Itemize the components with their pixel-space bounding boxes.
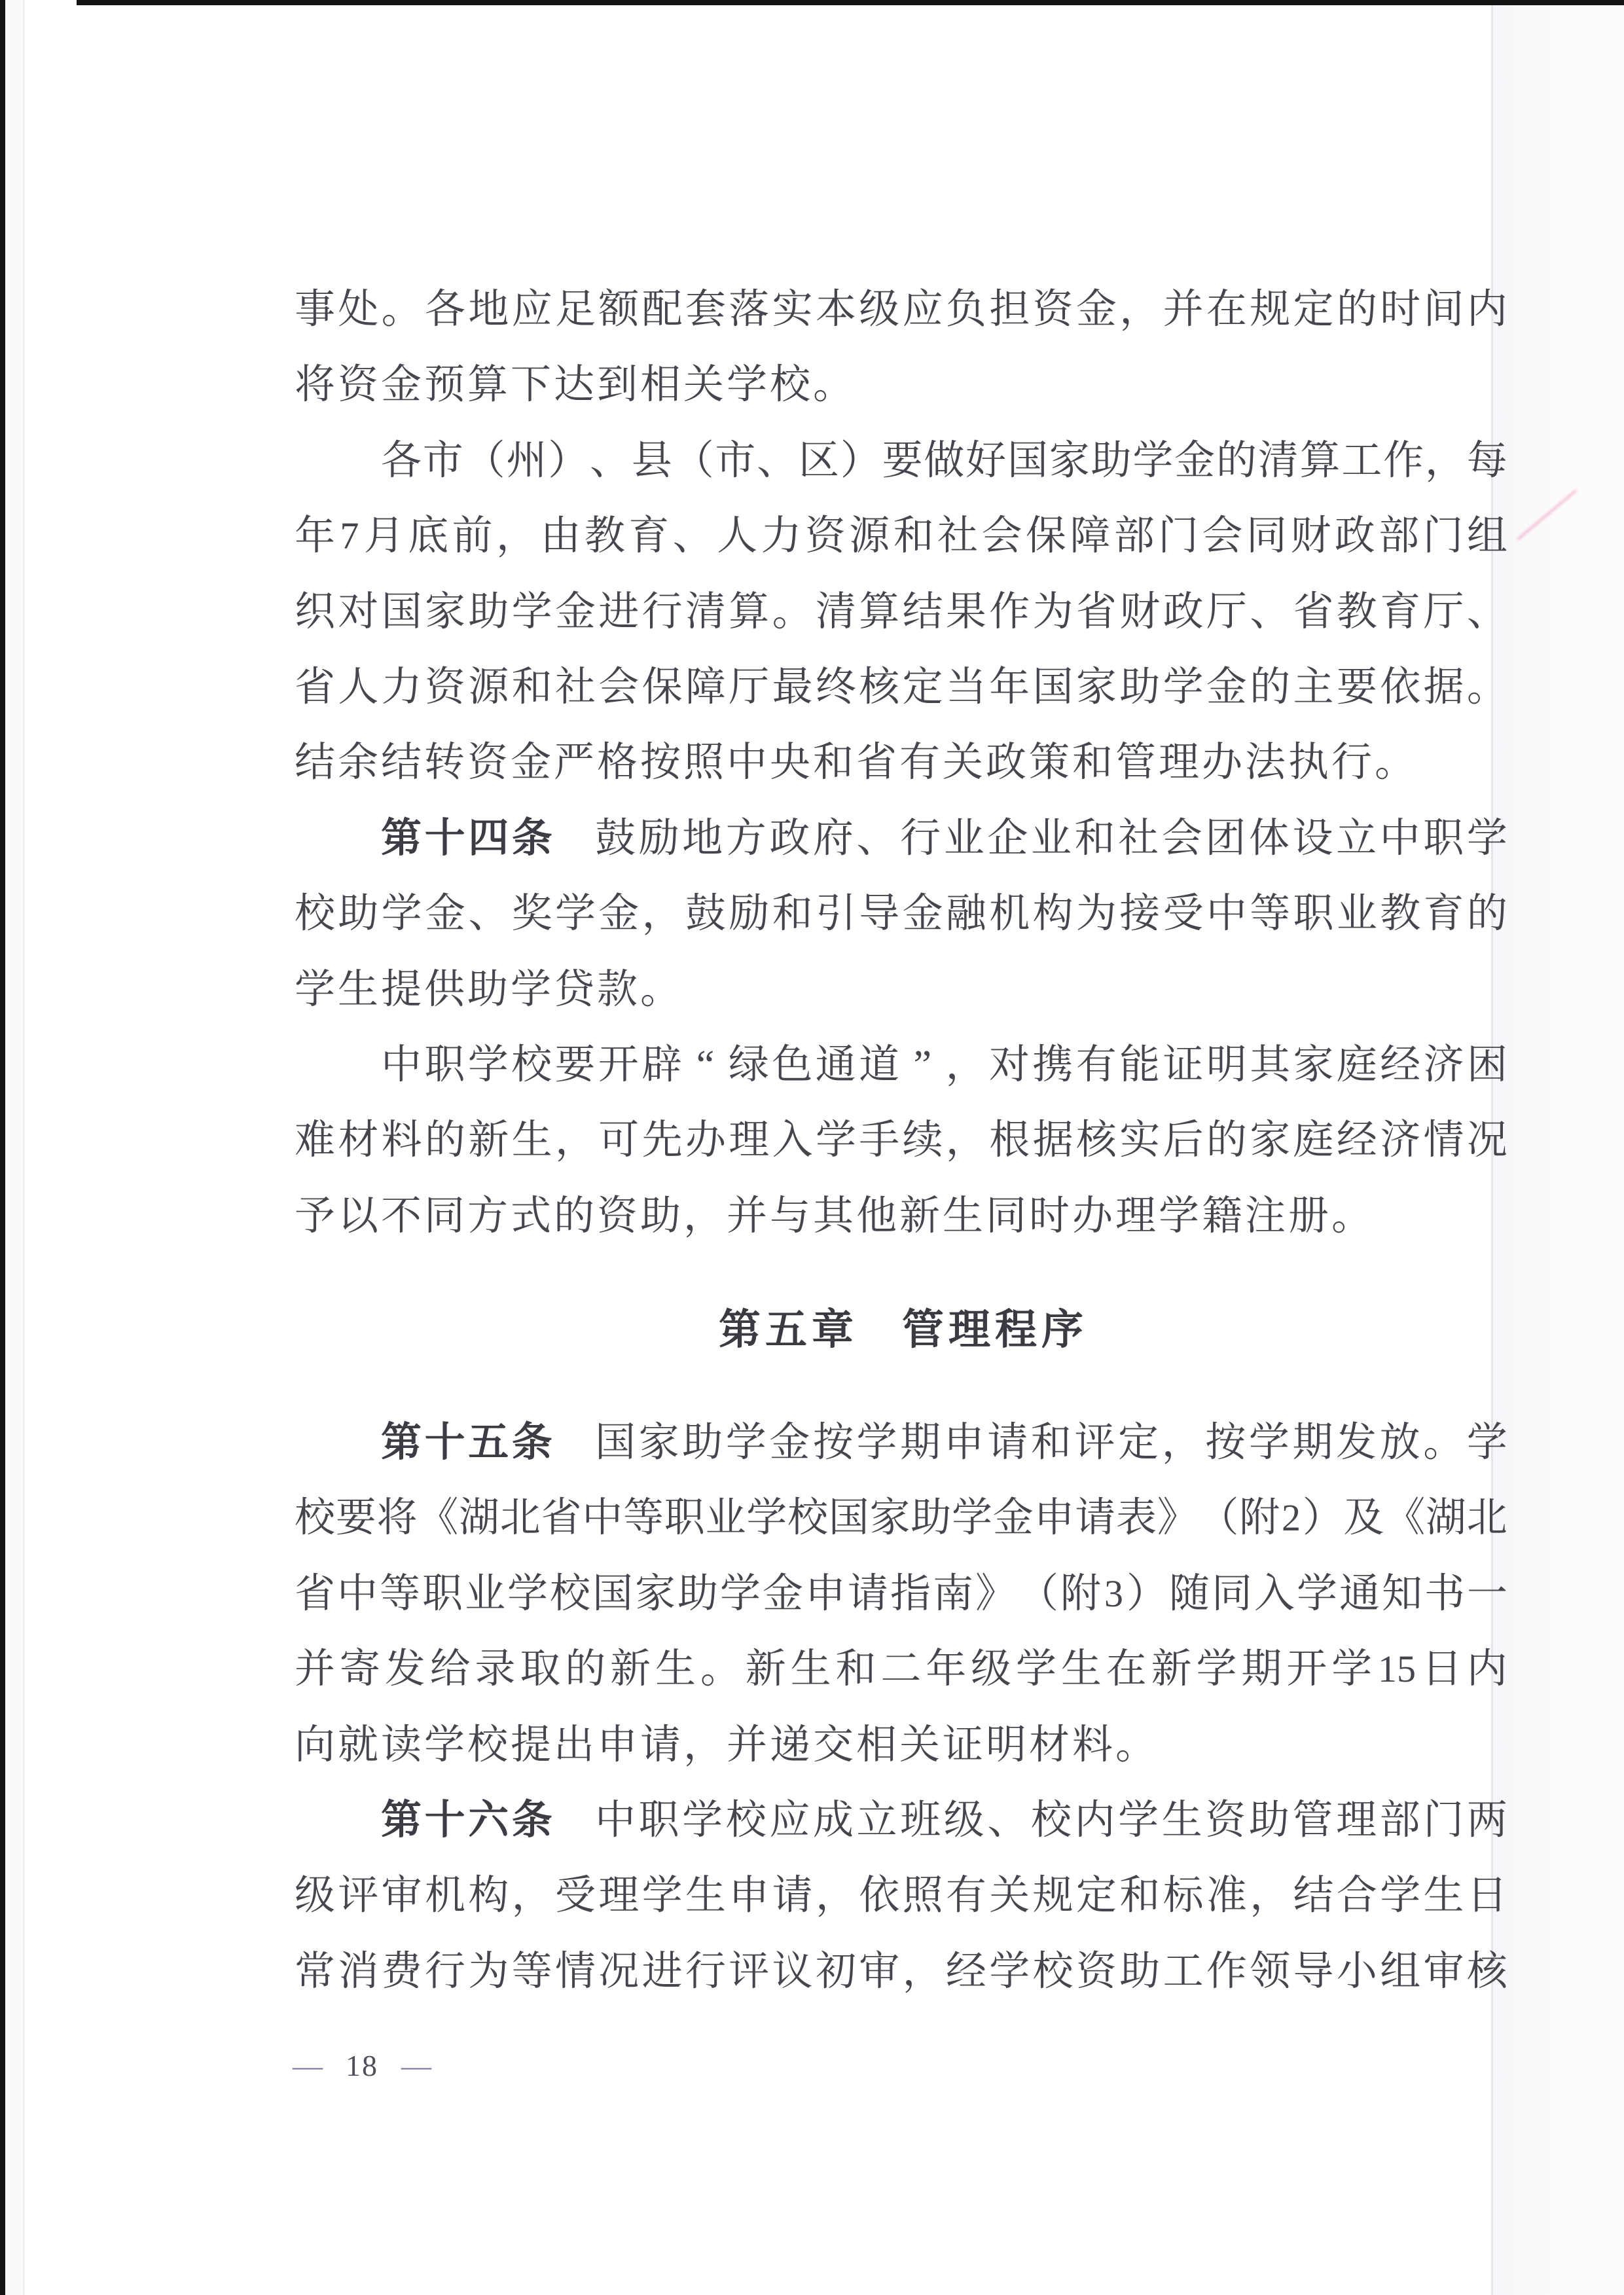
page-number-dash-right: — bbox=[401, 2048, 431, 2084]
text-line: 织对国家助学金进行清算。清算结果作为省财政厅、省教育厅、 bbox=[295, 590, 1507, 634]
text-line: 将资金预算下达到相关学校。 bbox=[295, 363, 1507, 407]
text-line: 中职学校要开辟“绿色通道”，对携有能证明其家庭经济困 bbox=[381, 1043, 1507, 1087]
page-number-dash-left: — bbox=[293, 2048, 323, 2084]
text-line: 年7月底前，由教育、人力资源和社会保障部门会同财政部门组 bbox=[295, 515, 1507, 558]
text-line: 并寄发给录取的新生。新生和二年级学生在新学期开学15日内 bbox=[295, 1648, 1507, 1691]
text-line: 予以不同方式的资助，并与其他新生同时办理学籍注册。 bbox=[295, 1195, 1507, 1238]
page-number: — 18 — bbox=[293, 2048, 431, 2084]
text-line: 事处。各地应足额配套落实本级应负担资金，并在规定的时间内 bbox=[295, 288, 1507, 331]
text-line: 第十五条国家助学金按学期申请和评定，按学期发放。学 bbox=[381, 1421, 1507, 1464]
text-line: 向就读学校提出申请，并递交相关证明材料。 bbox=[295, 1724, 1507, 1767]
text-line: 级评审机构，受理学生申请，依照有关规定和标准，结合学生日 bbox=[295, 1874, 1507, 1917]
chapter-heading: 第五章管理程序 bbox=[295, 1308, 1507, 1351]
text-line: 校要将《湖北省中等职业学校国家助学金申请表》（附2）及《湖北 bbox=[295, 1496, 1507, 1540]
text-line: 结余结转资金严格按照中央和省有关政策和管理办法执行。 bbox=[295, 741, 1507, 784]
text-line: 学生提供助学贷款。 bbox=[295, 968, 1507, 1011]
text-line: 校助学金、奖学金，鼓励和引导金融机构为接受中等职业教育的 bbox=[295, 892, 1507, 935]
text-line: 省人力资源和社会保障厅最终核定当年国家助学金的主要依据。 bbox=[295, 666, 1507, 709]
scanned-page: 事处。各地应足额配套落实本级应负担资金，并在规定的时间内将资金预算下达到相关学校… bbox=[0, 0, 1624, 2295]
page-number-value: 18 bbox=[346, 2048, 378, 2084]
document-text-block: 事处。各地应足额配套落实本级应负担资金，并在规定的时间内将资金预算下达到相关学校… bbox=[0, 0, 1624, 2295]
text-line: 第十四条鼓励地方政府、行业企业和社会团体设立中职学 bbox=[381, 817, 1507, 860]
text-line: 难材料的新生，可先办理入学手续，根据核实后的家庭经济情况 bbox=[295, 1119, 1507, 1162]
text-line: 常消费行为等情况进行评议初审，经学校资助工作领导小组审核 bbox=[295, 1950, 1507, 1993]
text-line: 省中等职业学校国家助学金申请指南》（附3）随同入学通知书一 bbox=[295, 1572, 1507, 1616]
text-line: 各市（州）、县（市、区）要做好国家助学金的清算工作，每 bbox=[381, 439, 1507, 482]
text-line: 第十六条中职学校应成立班级、校内学生资助管理部门两 bbox=[381, 1799, 1507, 1842]
